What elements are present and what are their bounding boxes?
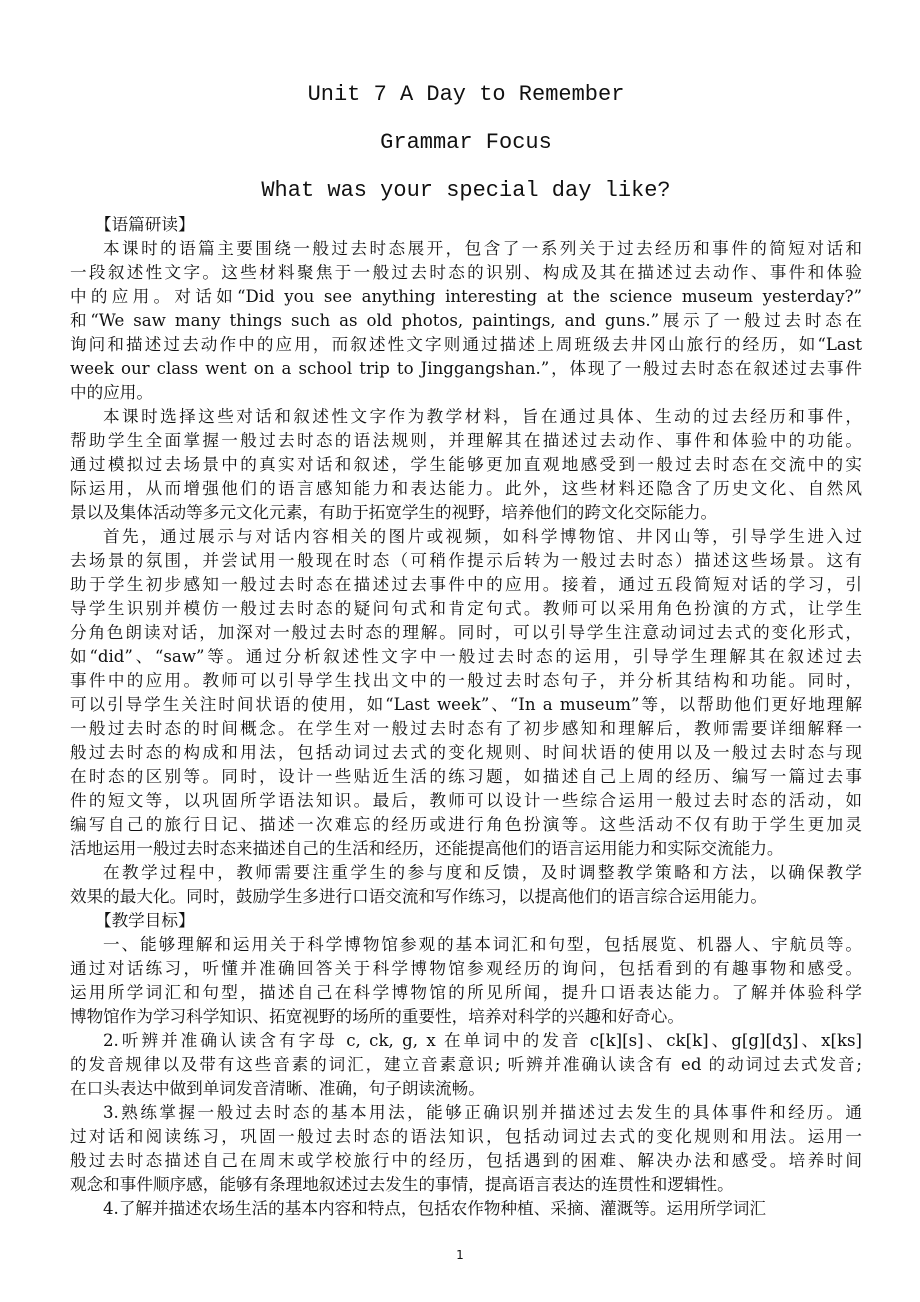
text-line: 在教学过程中，教师需要注重学生的参与度和反馈，及时调整教学策略和方法，以确保教学 bbox=[70, 861, 862, 885]
text-line: 首先，通过展示与对话内容相关的图片或视频，如科学博物馆、井冈山等，引导学生进入过 bbox=[70, 525, 862, 549]
text-line: 助于学生初步感知一般过去时态在描述过去事件中的应用。接着，通过五段简短对话的学习… bbox=[70, 573, 862, 597]
text-line: 3.熟练掌握一般过去时态的基本用法，能够正确识别并描述过去发生的具体事件和经历。… bbox=[70, 1101, 862, 1125]
text-line: 在口头表达中做到单词发音清晰、准确，句子朗读流畅。 bbox=[70, 1077, 862, 1101]
text-line: 博物馆作为学习科学知识、拓宽视野的场所的重要性，培养对科学的兴趣和好奇心。 bbox=[70, 1005, 862, 1029]
text-line: 际运用，从而增强他们的语言感知能力和表达能力。此外，这些材料还隐含了历史文化、自… bbox=[70, 477, 862, 501]
text-line: 帮助学生全面掌握一般过去时态的语法规则，并理解其在描述过去动作、事件和体验中的功… bbox=[70, 429, 862, 453]
text-line: 如“did”、“saw”等。通过分析叙述性文字中一般过去时态的运用，引导学生理解… bbox=[70, 645, 862, 669]
text-line: 观念和事件顺序感，能够有条理地叙述过去发生的事情，提高语言表达的连贯性和逻辑性。 bbox=[70, 1173, 862, 1197]
text-line: 通过模拟过去场景中的真实对话和叙述，学生能够更加直观地感受到一般过去时态在交流中… bbox=[70, 453, 862, 477]
text-line: 本课时的语篇主要围绕一般过去时态展开，包含了一系列关于过去经历和事件的简短对话和 bbox=[70, 237, 862, 261]
paragraph: 一、能够理解和运用关于科学博物馆参观的基本词汇和句型，包括展览、机器人、宇航员等… bbox=[70, 933, 862, 1029]
paragraph: 2.听辨并准确认读含有字母 c, ck, g, x 在单词中的发音 c[k][s… bbox=[70, 1029, 862, 1101]
text-line: 中的应用。对话如“Did you see anything interestin… bbox=[70, 285, 862, 309]
section-title: What was your special day like? bbox=[70, 178, 862, 203]
text-line: 景以及集体活动等多元文化元素，有助于拓宽学生的视野，培养他们的跨文化交际能力。 bbox=[70, 501, 862, 525]
text-line: 一段叙述性文字。这些材料聚焦于一般过去时态的识别、构成及其在描述过去动作、事件和… bbox=[70, 261, 862, 285]
document-title: Unit 7 A Day to Remember bbox=[70, 82, 862, 107]
section-heading: 【语篇研读】 bbox=[70, 213, 862, 237]
text-line: 一般过去时态的时间概念。在学生对一般过去时态有了初步感知和理解后，教师需要详细解… bbox=[70, 717, 862, 741]
text-line: 中的应用。 bbox=[70, 381, 862, 405]
text-line: 可以引导学生关注时间状语的使用，如“Last week”、“In a museu… bbox=[70, 693, 862, 717]
section-heading: 【教学目标】 bbox=[70, 909, 862, 933]
text-line: 编写自己的旅行日记、描述一次难忘的经历或进行角色扮演等。这些活动不仅有助于学生更… bbox=[70, 813, 862, 837]
text-line: 询问和描述过去动作中的应用，而叙述性文字则通过描述上周班级去井冈山旅行的经历，如… bbox=[70, 333, 862, 357]
text-line: 效果的最大化。同时，鼓励学生多进行口语交流和写作练习，以提高他们的语言综合运用能… bbox=[70, 885, 862, 909]
document-subtitle: Grammar Focus bbox=[70, 130, 862, 155]
paragraph: 3.熟练掌握一般过去时态的基本用法，能够正确识别并描述过去发生的具体事件和经历。… bbox=[70, 1101, 862, 1197]
text-line: 在时态的区别等。同时，设计一些贴近生活的练习题，如描述自己上周的经历、编写一篇过… bbox=[70, 765, 862, 789]
text-line: 通过对话练习，听懂并准确回答关于科学博物馆参观经历的询问，包括看到的有趣事物和感… bbox=[70, 957, 862, 981]
text-line: 活地运用一般过去时态来描述自己的生活和经历，还能提高他们的语言运用能力和实际交流… bbox=[70, 837, 862, 861]
text-line: 般过去时态描述自己在周末或学校旅行中的经历，包括遇到的困难、解决办法和感受。培养… bbox=[70, 1149, 862, 1173]
page-number: 1 bbox=[0, 1248, 920, 1262]
text-line: 的发音规律以及带有这些音素的词汇，建立音素意识; 听辨并准确认读含有 ed 的动… bbox=[70, 1053, 862, 1077]
paragraph: 4.了解并描述农场生活的基本内容和特点，包括农作物种植、采摘、灌溉等。运用所学词… bbox=[70, 1197, 862, 1221]
text-line: 件的短文等，以巩固所学语法知识。最后，教师可以设计一些综合运用一般过去时态的活动… bbox=[70, 789, 862, 813]
text-line: 一、能够理解和运用关于科学博物馆参观的基本词汇和句型，包括展览、机器人、宇航员等… bbox=[70, 933, 862, 957]
text-line: week our class went on a school trip to … bbox=[70, 357, 862, 381]
text-line: 分角色朗读对话，加深对一般过去时态的理解。同时，可以引导学生注意动词过去式的变化… bbox=[70, 621, 862, 645]
paragraph: 在教学过程中，教师需要注重学生的参与度和反馈，及时调整教学策略和方法，以确保教学… bbox=[70, 861, 862, 909]
text-line: 去场景的氛围，并尝试用一般现在时态（可稍作提示后转为一般过去时态）描述这些场景。… bbox=[70, 549, 862, 573]
text-line: 事件中的应用。教师可以引导学生找出文中的一般过去时态句子，并分析其结构和功能。同… bbox=[70, 669, 862, 693]
text-line: 4.了解并描述农场生活的基本内容和特点，包括农作物种植、采摘、灌溉等。运用所学词… bbox=[70, 1197, 862, 1221]
text-line: 和“We saw many things such as old photos,… bbox=[70, 309, 862, 333]
text-line: 过对话和阅读练习，巩固一般过去时态的语法知识，包括动词过去式的变化规则和用法。运… bbox=[70, 1125, 862, 1149]
text-line: 2.听辨并准确认读含有字母 c, ck, g, x 在单词中的发音 c[k][s… bbox=[70, 1029, 862, 1053]
paragraph: 本课时选择这些对话和叙述性文字作为教学材料，旨在通过具体、生动的过去经历和事件，… bbox=[70, 405, 862, 525]
paragraph: 首先，通过展示与对话内容相关的图片或视频，如科学博物馆、井冈山等，引导学生进入过… bbox=[70, 525, 862, 861]
text-line: 般过去时态的构成和用法，包括动词过去式的变化规则、时间状语的使用以及一般过去时态… bbox=[70, 741, 862, 765]
document-body: 【语篇研读】本课时的语篇主要围绕一般过去时态展开，包含了一系列关于过去经历和事件… bbox=[70, 213, 862, 1221]
text-line: 本课时选择这些对话和叙述性文字作为教学材料，旨在通过具体、生动的过去经历和事件， bbox=[70, 405, 862, 429]
text-line: 导学生识别并模仿一般过去时态的疑问句式和肯定句式。教师可以采用角色扮演的方式，让… bbox=[70, 597, 862, 621]
paragraph: 本课时的语篇主要围绕一般过去时态展开，包含了一系列关于过去经历和事件的简短对话和… bbox=[70, 237, 862, 405]
text-line: 运用所学词汇和句型，描述自己在科学博物馆的所见所闻，提升口语表达能力。了解并体验… bbox=[70, 981, 862, 1005]
